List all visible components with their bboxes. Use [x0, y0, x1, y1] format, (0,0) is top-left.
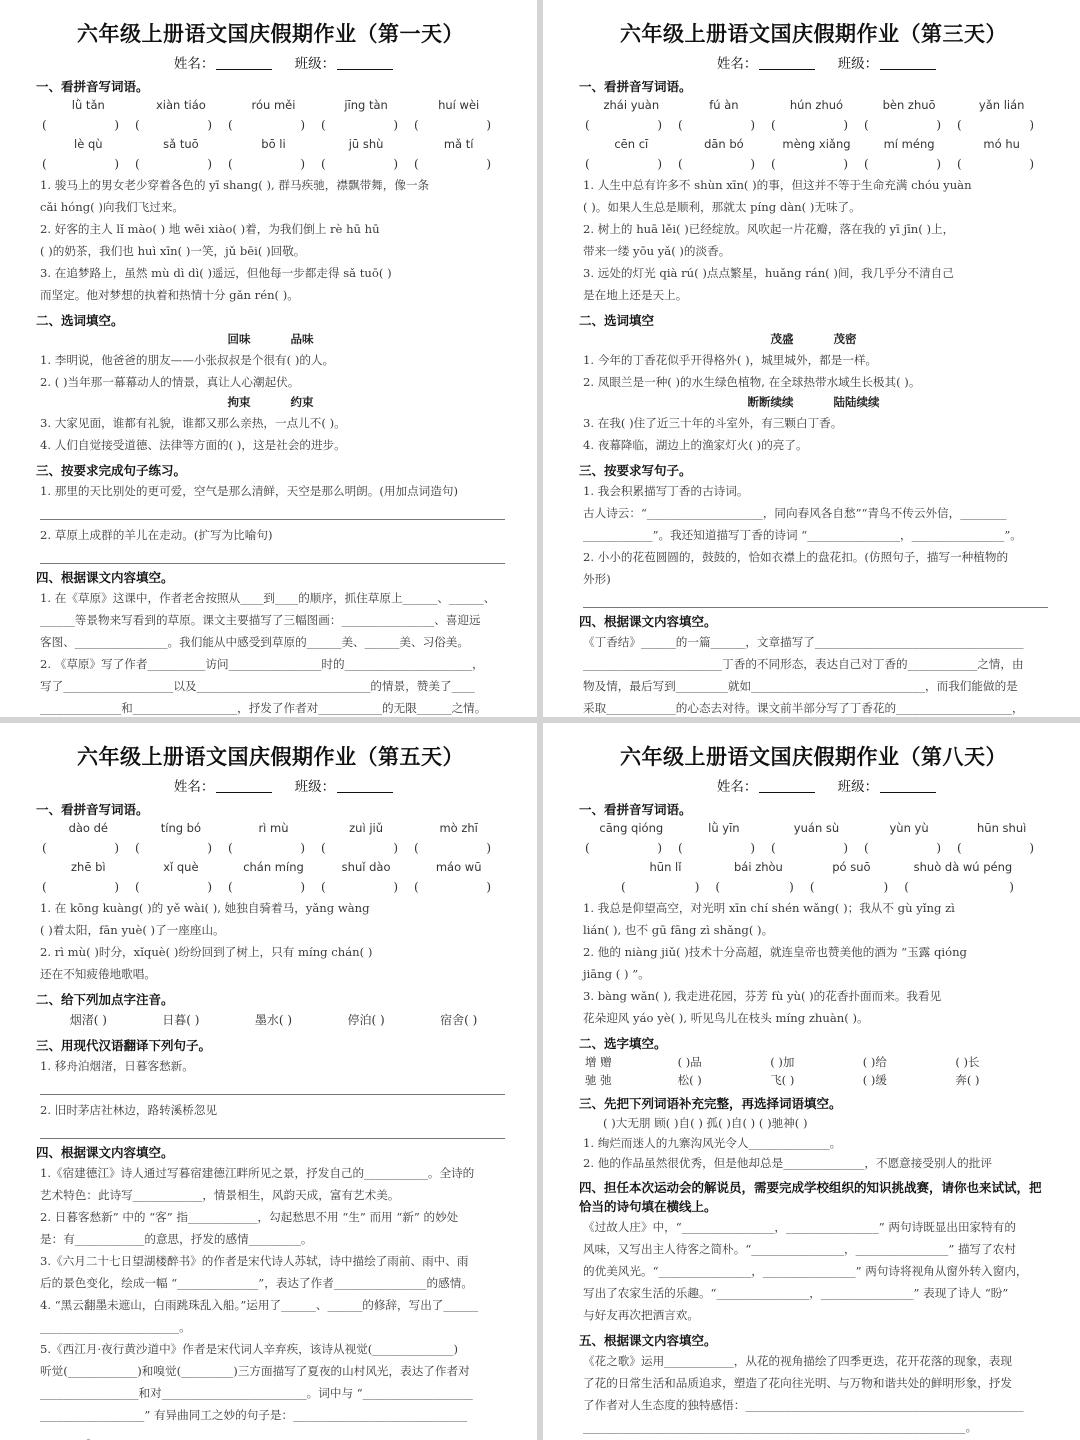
pinyin-row: cāng qióng lǜ yīn yuán sù yùn yù hūn shu…	[579, 819, 1048, 838]
question-line: jiāng ( ) ”。	[579, 963, 1048, 985]
worksheet-day3: 六年级上册语文国庆假期作业（第三天） 姓名： 班级： 一、看拼音写词语。 zhá…	[543, 0, 1080, 717]
choice-word: 拘束	[227, 395, 250, 409]
section-heading: 四、担任本次运动会的解说员，需要完成学校组织的知识挑战赛，请你也来试试，把	[579, 1178, 1048, 1197]
question-line: 还在不知疲倦地歌唱。	[36, 963, 505, 985]
fill-line: 2. 《草原》写了作者__________访问________________时…	[36, 653, 505, 675]
section-heading: 二、选词填空。	[36, 311, 505, 330]
fill-item[interactable]: ( )长	[955, 1053, 1048, 1071]
pinyin-row: zhē bì xǐ què chán míng shuǐ dào máo wū	[36, 858, 505, 877]
char-choice-row: 增 赠 ( )品 ( )加 ( )给 ( )长	[579, 1053, 1048, 1071]
fill-line: 物及情，最后写到_________就如_____________________…	[579, 675, 1048, 697]
class-field[interactable]	[880, 781, 936, 793]
pinyin-item: hūn lǐ	[619, 858, 712, 877]
fill-line: 写出了农家生活的乐趣。“________________，___________…	[579, 1282, 1048, 1304]
answer-bracket[interactable]: ()	[40, 154, 133, 174]
pinyin-item: jū shù	[320, 135, 413, 154]
section-heading: 一、看拼音写词语。	[36, 77, 505, 96]
section-heading: 三、先把下列词语补充完整，再选择词语填空。	[579, 1094, 1048, 1113]
question-line: ( )的奶茶，我们也 huì xīn( )一笑，jǔ bēi( )回敬。	[36, 240, 505, 262]
pinyin-item: chán míng	[227, 858, 320, 877]
fill-line: 采取____________的心态去对待。课文前半部分写了丁香花的_______…	[579, 697, 1048, 717]
answer-bracket[interactable]: ()	[319, 115, 412, 135]
question-line: ( )着太阳，fān yuè( )了一座座山。	[36, 919, 505, 941]
answer-bracket[interactable]: ()	[40, 838, 133, 858]
answer-bracket[interactable]: ()	[619, 877, 713, 897]
answer-bracket[interactable]: ()	[226, 838, 319, 858]
fill-line: ________________________________________…	[579, 1416, 1048, 1438]
fill-line: 是：有____________的意思，抒发的感情_________。	[36, 1228, 505, 1250]
question-line: 1. 李明说，他爸爸的朋友——小张叔叔是个很有( )的人。	[36, 349, 505, 371]
question-line: 1. 移舟泊烟渚，日暮客愁新。	[36, 1055, 505, 1077]
pinyin-item: sǎ tuō	[135, 135, 228, 154]
fill-line: 3.《六月二十七日望湖楼醉书》的作者是宋代诗人苏轼，诗中描绘了雨前、雨中、雨	[36, 1250, 505, 1272]
question-line: 2. 小小的花苞圆圆的，鼓鼓的，恰如衣襟上的盘花扣。(仿照句子，描写一种植物的	[579, 546, 1048, 568]
section-heading: 二、给下列加点字注音。	[36, 990, 505, 1009]
fill-item[interactable]: 松( )	[678, 1071, 771, 1089]
fill-line: ______________和__________________，抒发了作者对…	[36, 697, 505, 717]
choice-word: 品味	[291, 332, 314, 346]
question-line: 带来一缕 yōu yǎ( )的淡香。	[579, 240, 1048, 262]
fill-line: ________。	[36, 1426, 505, 1440]
name-label: 姓名：	[174, 779, 215, 795]
fill-line: ________________________丁香的不同形态，表达自己对丁香的…	[579, 653, 1048, 675]
pinyin-item: shuǐ dào	[320, 858, 413, 877]
pinyin-item: cēn cī	[585, 135, 678, 154]
question-line: 而坚定。他对梦想的执着和热情十分 gǎn rén( )。	[36, 284, 505, 306]
fill-line: ________________________。	[36, 1316, 505, 1338]
fill-item[interactable]: 奔( )	[955, 1071, 1048, 1089]
question-line: lián( ), 也不 gū fāng zì shǎng( )。	[579, 919, 1048, 941]
worksheet-day5: 六年级上册语文国庆假期作业（第五天） 姓名： 班级： 一、看拼音写词语。 dào…	[0, 723, 537, 1440]
answer-brackets-row: () () () () ()	[36, 154, 505, 174]
pinyin-item: mò zhī	[412, 819, 505, 838]
question-line: 3. 在我( )住了近三十年的斗室外，有三颗白丁香。	[579, 412, 1048, 434]
char-choice-row: 驰 弛 松( ) 飞( ) ( )缓 奔( )	[579, 1071, 1048, 1089]
answer-bracket[interactable]: ()	[40, 115, 133, 135]
pinyin-item: bái zhòu	[712, 858, 805, 877]
section-heading: 三、用现代汉语翻译下列句子。	[36, 1036, 505, 1055]
question-line: cǎi hóng( )向我们飞过来。	[36, 196, 505, 218]
pinyin-item: mó hu	[955, 135, 1048, 154]
class-field[interactable]	[337, 781, 393, 793]
pinyin-row: dào dé tíng bó rì mù zuì jiǔ mò zhī	[36, 819, 505, 838]
fill-line: 后的景色变化，绘成一幅 “______________”，表达了作者______…	[36, 1272, 505, 1294]
choice-word: 回味	[227, 332, 250, 346]
answer-bracket[interactable]: ()	[226, 115, 319, 135]
worksheet-day1: 六年级上册语文国庆假期作业（第一天） 姓名： 班级： 一、看拼音写词语。 lǜ …	[0, 0, 537, 717]
page-title: 六年级上册语文国庆假期作业（第五天）	[36, 741, 505, 771]
page-title: 六年级上册语文国庆假期作业（第一天）	[36, 18, 505, 48]
fill-line: __________________” 有异曲同工之妙的句子是：________…	[36, 1404, 505, 1426]
answer-bracket[interactable]: ()	[133, 154, 226, 174]
pinyin-item: rì mù	[227, 819, 320, 838]
fill-line: 《花之歌》运用____________，从花的视角描绘了四季更迭，花开花落的现象…	[579, 1350, 1048, 1372]
answer-bracket[interactable]: ()	[133, 115, 226, 135]
answer-bracket[interactable]: ()	[862, 838, 955, 858]
pinyin-item: cāng qióng	[585, 819, 678, 838]
answer-line[interactable]	[40, 546, 505, 564]
question-line: 外形)	[579, 568, 1048, 590]
pinyin-item: bèn zhuō	[863, 96, 956, 115]
choice-word: 茂盛	[770, 332, 793, 346]
answer-line[interactable]	[40, 1121, 505, 1139]
answer-bracket[interactable]: ()	[319, 877, 412, 897]
answer-bracket[interactable]: ()	[319, 154, 412, 174]
answer-bracket[interactable]: ()	[583, 154, 676, 174]
pinyin-item: huí wèi	[412, 96, 505, 115]
question-line: 3. 远处的灯光 qià rú( )点点繁星，huǎng rán( )间，我几乎…	[579, 262, 1048, 284]
question-line: 花朵迎风 yáo yè( ), 听见鸟儿在枝头 míng zhuàn( )。	[579, 1007, 1048, 1029]
word-choices: 拘束 约束	[36, 393, 505, 412]
section-heading: 四、根据课文内容填空。	[36, 568, 505, 587]
name-label: 姓名：	[717, 56, 758, 72]
name-field[interactable]	[759, 58, 815, 70]
question-line: 2. 好客的主人 lǐ mào( ) 地 wēi xiào( )着，为我们倒上 …	[36, 218, 505, 240]
question-line: ( )。如果人生总是顺利，那就太 píng dàn( )无味了。	[579, 196, 1048, 218]
fill-line: 4. “黑云翻墨未遮山，白雨跳珠乱入船。”运用了______、______的修辞…	[36, 1294, 505, 1316]
class-label: 班级：	[838, 779, 879, 795]
name-class-row: 姓名： 班级：	[36, 52, 505, 72]
fill-line: 1.《宿建德江》诗人通过写暮宿建德江畔所见之景，抒发自己的___________…	[36, 1162, 505, 1184]
answer-brackets-row: () () () () ()	[36, 838, 505, 858]
section-heading: 四、根据课文内容填空。	[36, 1143, 505, 1162]
answer-bracket[interactable]: ()	[955, 838, 1048, 858]
pinyin-item: mí méng	[863, 135, 956, 154]
class-label: 班级：	[838, 56, 879, 72]
fill-line: 《过故人庄》中，“________________，______________…	[579, 1216, 1048, 1238]
answer-bracket[interactable]: ()	[955, 115, 1048, 135]
fill-line: 2. 日暮客愁新” 中的 “客” 指____________，勾起愁思不用 “生…	[36, 1206, 505, 1228]
name-field[interactable]	[759, 781, 815, 793]
class-field[interactable]	[337, 58, 393, 70]
question-line: 2. rì mù( )时分，xǐquè( )纷纷回到了树上，只有 míng ch…	[36, 941, 505, 963]
fill-item[interactable]: ( )品	[678, 1053, 771, 1071]
section-heading: 恰当的诗句填在横线上。	[579, 1197, 1048, 1216]
question-line: 1. 人生中总有许多不 shùn xīn( )的事，但这并不等于生命充满 chó…	[579, 174, 1048, 196]
fill-line: ______等景物来写看到的草原。课文主要描写了三幅图画：___________…	[36, 609, 505, 631]
pinyin-item: lǜ tǎn	[42, 96, 135, 115]
answer-bracket[interactable]: ()	[862, 154, 955, 174]
fill-line: 《丁香结》______的一篇______，文章描写了______________…	[579, 631, 1048, 653]
fill-line: 风味，又写出主人待客之简朴。“________________，________…	[579, 1238, 1048, 1260]
section-heading: 一、看拼音写词语。	[579, 800, 1048, 819]
answer-bracket[interactable]: ()	[769, 154, 862, 174]
name-label: 姓名：	[174, 56, 215, 72]
section-heading: 四、根据课文内容填空。	[579, 612, 1048, 631]
answer-brackets-row: () () () () ()	[579, 115, 1048, 135]
choice-word: 断断续续	[747, 395, 793, 409]
fill-line: ____________”。我还知道描写丁香的诗词 “_____________…	[579, 524, 1048, 546]
answer-bracket[interactable]: ()	[676, 115, 769, 135]
fill-line: 艺术特色：此诗写____________，情景相生，风韵天成，富有艺术美。	[36, 1184, 505, 1206]
question-line: 1. 我会积累描写丁香的古诗词。	[579, 480, 1048, 502]
question-line: 1. 我总是仰望高空，对光明 xīn chí shén wǎng( )；我从不 …	[579, 897, 1048, 919]
pinyin-row: zhái yuàn fú àn hún zhuó bèn zhuō yǎn li…	[579, 96, 1048, 115]
pinyin-row: lè qù sǎ tuō bō li jū shù mǎ tí	[36, 135, 505, 154]
question-line: 3. bàng wǎn( ), 我走进花园，芬芳 fù yù( )的花香扑面而来…	[579, 985, 1048, 1007]
fill-line: 的优美风光。“________________，________________…	[579, 1260, 1048, 1282]
pinyin-item: yǎn lián	[955, 96, 1048, 115]
class-field[interactable]	[880, 58, 936, 70]
answer-bracket[interactable]: ()	[583, 838, 676, 858]
answer-bracket[interactable]: ()	[226, 877, 319, 897]
answer-bracket[interactable]: ()	[412, 877, 505, 897]
answer-bracket[interactable]: ()	[676, 838, 769, 858]
question-line: 2. 他的 niàng jiǔ( )技术十分高超，就连皇帝也赞美他的酒为 “玉露…	[579, 941, 1048, 963]
answer-bracket[interactable]: ()	[412, 838, 505, 858]
question-line: 1. 那里的天比别处的更可爱，空气是那么清鲜，天空是那么明朗。(用加点词造句)	[36, 480, 505, 502]
answer-brackets-row: () () () () ()	[36, 877, 505, 897]
question-line: 是在地上还是天上。	[579, 284, 1048, 306]
section-heading: 二、选词填空	[579, 311, 1048, 330]
pinyin-item: róu měi	[227, 96, 320, 115]
answer-brackets-row: () () () () ()	[579, 838, 1048, 858]
choice-word: 茂密	[834, 332, 857, 346]
answer-bracket[interactable]: ()	[319, 838, 412, 858]
name-class-row: 姓名： 班级：	[579, 775, 1048, 795]
section-heading: 三、按要求写句子。	[579, 461, 1048, 480]
pinyin-item: pó suō	[805, 858, 898, 877]
question-line: 4. 夜幕降临，湖边上的渔家灯火( )的亮了。	[579, 434, 1048, 456]
pinyin-item: dào dé	[42, 819, 135, 838]
annotate-item[interactable]: 宿舍( )	[412, 1009, 505, 1031]
question-line: 1. 绚烂而迷人的九寨沟风光令人______________。	[579, 1133, 1048, 1153]
worksheet-collage: 六年级上册语文国庆假期作业（第一天） 姓名： 班级： 一、看拼音写词语。 lǜ …	[0, 0, 1080, 1440]
annotate-item[interactable]: 停泊( )	[320, 1009, 413, 1031]
pinyin-item: yuán sù	[770, 819, 863, 838]
question-line: 2. 草原上成群的羊儿在走动。(扩写为比喻句)	[36, 524, 505, 546]
pinyin-item: xiàn tiáo	[135, 96, 228, 115]
answer-bracket[interactable]: ()	[769, 115, 862, 135]
class-label: 班级：	[295, 779, 336, 795]
question-line: 3. 在追梦路上，虽然 mù dì dì( )遥远，但他每一步都走得 sǎ tu…	[36, 262, 505, 284]
pinyin-item: bō li	[227, 135, 320, 154]
question-line: 3. 大家见面，谁都有礼貌，谁都又那么亲热，一点儿不( )。	[36, 412, 505, 434]
fill-item[interactable]: ( )给	[863, 1053, 956, 1071]
worksheet-day8: 六年级上册语文国庆假期作业（第八天） 姓名： 班级： 一、看拼音写词语。 cān…	[543, 723, 1080, 1440]
pinyin-item: zuì jiǔ	[320, 819, 413, 838]
answer-bracket[interactable]: ()	[955, 154, 1048, 174]
pinyin-item: jīng tàn	[320, 96, 413, 115]
choice-word: 陆陆续续	[834, 395, 880, 409]
answer-bracket[interactable]: ()	[133, 877, 226, 897]
class-label: 班级：	[295, 56, 336, 72]
fill-item[interactable]: ( )缓	[863, 1071, 956, 1089]
pinyin-item: zhē bì	[42, 858, 135, 877]
answer-brackets-row: () () () () ()	[36, 115, 505, 135]
answer-bracket[interactable]: ()	[412, 154, 505, 174]
pinyin-item: fú àn	[678, 96, 771, 115]
section-heading: 二、选字填空。	[579, 1034, 1048, 1053]
fill-line: _________________和对_____________________…	[36, 1382, 505, 1404]
answer-brackets-row: () () () () ()	[579, 154, 1048, 174]
answer-bracket[interactable]: ()	[902, 877, 1028, 897]
word-choices: 断断续续 陆陆续续	[579, 393, 1048, 412]
answer-bracket[interactable]: ()	[133, 838, 226, 858]
question-line: 2. ( )当年那一幕幕动人的情景，真让人心潮起伏。	[36, 371, 505, 393]
pinyin-item: hūn shuì	[955, 819, 1048, 838]
annotate-item[interactable]: 墨水( )	[227, 1009, 320, 1031]
page-title: 六年级上册语文国庆假期作业（第八天）	[579, 741, 1048, 771]
answer-bracket[interactable]: ()	[412, 115, 505, 135]
pinyin-item: yùn yù	[863, 819, 956, 838]
answer-bracket[interactable]: ()	[676, 154, 769, 174]
fill-line: 了花的日常生活和品质追求，塑造了花向往光明、与万物和谐共处的鲜明形象，抒发	[579, 1372, 1048, 1394]
fill-item[interactable]: 飞( )	[770, 1071, 863, 1089]
question-line: 2. 凤眼兰是一种( )的水生绿色植物, 在全球热带水域生长极其( )。	[579, 371, 1048, 393]
pinyin-item: lè qù	[42, 135, 135, 154]
fill-line: 听觉(____________)和嗅觉(_________)三方面描写了夏夜的山…	[36, 1360, 505, 1382]
pinyin-item: máo wū	[412, 858, 505, 877]
name-field[interactable]	[216, 58, 272, 70]
answer-bracket[interactable]: ()	[862, 115, 955, 135]
pinyin-item: hún zhuó	[770, 96, 863, 115]
pinyin-item: mǎ tí	[412, 135, 505, 154]
pinyin-item: lǜ yīn	[678, 819, 771, 838]
answer-line[interactable]	[583, 590, 1048, 608]
section-heading: 一、看拼音写词语。	[36, 800, 505, 819]
pinyin-item: zhái yuàn	[585, 96, 678, 115]
question-line: 1. 在 kōng kuàng( )的 yě wài( ), 她独自骑着马，yǎ…	[36, 897, 505, 919]
question-line: 2. 他的作品虽然很优秀，但是他却总是______________，不愿意接受别…	[579, 1153, 1048, 1173]
question-line: 2. 旧时茅店社林边，路转溪桥忽见	[36, 1099, 505, 1121]
fill-line: 5.《西江月·夜行黄沙道中》作者是宋代词人辛弃疾，该诗从视觉(_________…	[36, 1338, 505, 1360]
pinyin-row: lǜ tǎn xiàn tiáo róu měi jīng tàn huí wè…	[36, 96, 505, 115]
name-class-row: 姓名： 班级：	[36, 775, 505, 795]
fill-line: 1. 在《草原》这课中，作者老舍按照从____到____的顺序，抓住草原上___…	[36, 587, 505, 609]
answer-bracket[interactable]: ()	[808, 877, 902, 897]
answer-line[interactable]	[40, 502, 505, 520]
question-line: 1. 骏马上的男女老少穿着各色的 yī shang( ), 群马疾驰，襟飘带舞，…	[36, 174, 505, 196]
answer-bracket[interactable]: ()	[583, 115, 676, 135]
question-line: 4. 人们自觉接受道德、法律等方面的( )，这是社会的进步。	[36, 434, 505, 456]
answer-brackets-row: () () () ()	[579, 877, 1048, 897]
answer-bracket[interactable]: ()	[226, 154, 319, 174]
char-pair: 驰 弛	[585, 1071, 678, 1089]
pinyin-item: shuò dà wú péng	[898, 858, 1028, 877]
answer-line[interactable]	[40, 1077, 505, 1095]
choice-word: 约束	[291, 395, 314, 409]
section-heading: 三、按要求完成句子练习。	[36, 461, 505, 480]
annotate-item[interactable]: 烟渚( )	[42, 1009, 135, 1031]
word-choices: 回味 品味	[36, 330, 505, 349]
pinyin-item: dān bó	[678, 135, 771, 154]
fill-line: 了作者对人生态度的独特感悟：__________________________…	[579, 1394, 1048, 1416]
question-line: 2. 树上的 huā lěi( )已经绽放。风吹起一片花瓣，落在我的 yī jī…	[579, 218, 1048, 240]
pinyin-item: mèng xiǎng	[770, 135, 863, 154]
answer-bracket[interactable]: ()	[769, 838, 862, 858]
fill-item[interactable]: ( )加	[770, 1053, 863, 1071]
char-pair: 增 赠	[585, 1053, 678, 1071]
idiom-fill-row: ( )大无朋 顾( )自( ) 孤( )自( ) ( )驰神( )	[579, 1113, 1048, 1133]
fill-line: 古人诗云：“____________________，同向春风各自愁”“青鸟不传…	[579, 502, 1048, 524]
fill-line: 与好友再次把酒言欢。	[579, 1304, 1048, 1326]
pinyin-row: cēn cī dān bó mèng xiǎng mí méng mó hu	[579, 135, 1048, 154]
answer-bracket[interactable]: ()	[40, 877, 133, 897]
word-choices: 茂盛 茂密	[579, 330, 1048, 349]
pinyin-row: hūn lǐ bái zhòu pó suō shuò dà wú péng	[579, 858, 1048, 877]
name-field[interactable]	[216, 781, 272, 793]
name-class-row: 姓名： 班级：	[579, 52, 1048, 72]
question-line: 1. 今年的丁香花似乎开得格外( )，城里城外，都是一样。	[579, 349, 1048, 371]
answer-bracket[interactable]: ()	[713, 877, 807, 897]
annotate-item[interactable]: 日暮( )	[135, 1009, 228, 1031]
annotate-row: 烟渚( ) 日暮( ) 墨水( ) 停泊( ) 宿舍( )	[36, 1009, 505, 1031]
pinyin-item: tíng bó	[135, 819, 228, 838]
pinyin-item: xǐ què	[135, 858, 228, 877]
name-label: 姓名：	[717, 779, 758, 795]
section-heading: 一、看拼音写词语。	[579, 77, 1048, 96]
page-title: 六年级上册语文国庆假期作业（第三天）	[579, 18, 1048, 48]
fill-line: 客图、________________。我们能从中感受到草原的______美、_…	[36, 631, 505, 653]
fill-line: 写了___________________以及_________________…	[36, 675, 505, 697]
section-heading: 五、根据课文内容填空。	[579, 1331, 1048, 1350]
